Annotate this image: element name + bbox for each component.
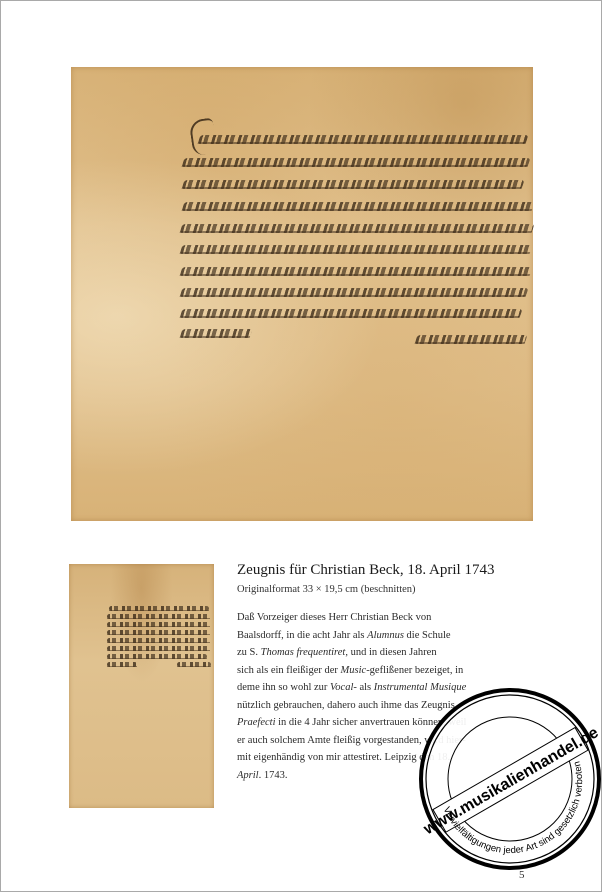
handwriting-line	[180, 288, 529, 297]
signature	[177, 662, 211, 667]
handwriting-line	[109, 606, 209, 611]
handwriting-line	[198, 135, 529, 144]
handwriting-line	[107, 630, 210, 635]
page: Zeugnis für Christian Beck, 18. April 17…	[0, 0, 602, 892]
manuscript-facsimile-large	[71, 67, 533, 521]
transcription-line: Daß Vorzeiger dieses Herr Christian Beck…	[237, 609, 577, 627]
handwriting-line	[107, 614, 210, 619]
handwriting-line	[180, 329, 253, 338]
caption-title: Zeugnis für Christian Beck, 18. April 17…	[237, 561, 577, 579]
handwriting-line	[182, 158, 531, 167]
handwriting-line	[182, 180, 525, 189]
signature	[415, 335, 528, 344]
transcription-line: Baalsdorff, in die acht Jahr als Alumnus…	[237, 627, 577, 645]
handwriting-line	[180, 309, 523, 318]
handwriting-line	[180, 224, 535, 233]
handwriting-line	[180, 267, 533, 276]
handwriting-line	[182, 202, 535, 211]
handwriting-line	[107, 654, 207, 659]
handwriting-line	[107, 662, 137, 667]
handwriting-line	[107, 622, 210, 627]
manuscript-facsimile-thumbnail	[69, 564, 214, 808]
caption-subtitle: Originalformat 33 × 19,5 cm (beschnitten…	[237, 583, 577, 597]
transcription-line: sich als ein fleißiger der Music-gefliße…	[237, 662, 577, 680]
watermark-stamp-icon: www.musikalienhandel.de Vervielfältigung…	[418, 687, 602, 871]
handwriting-line	[107, 646, 210, 651]
handwriting-line	[107, 638, 210, 643]
handwriting-line	[180, 245, 533, 254]
transcription-line: zu S. Thomas frequentiret, und in diesen…	[237, 644, 577, 662]
